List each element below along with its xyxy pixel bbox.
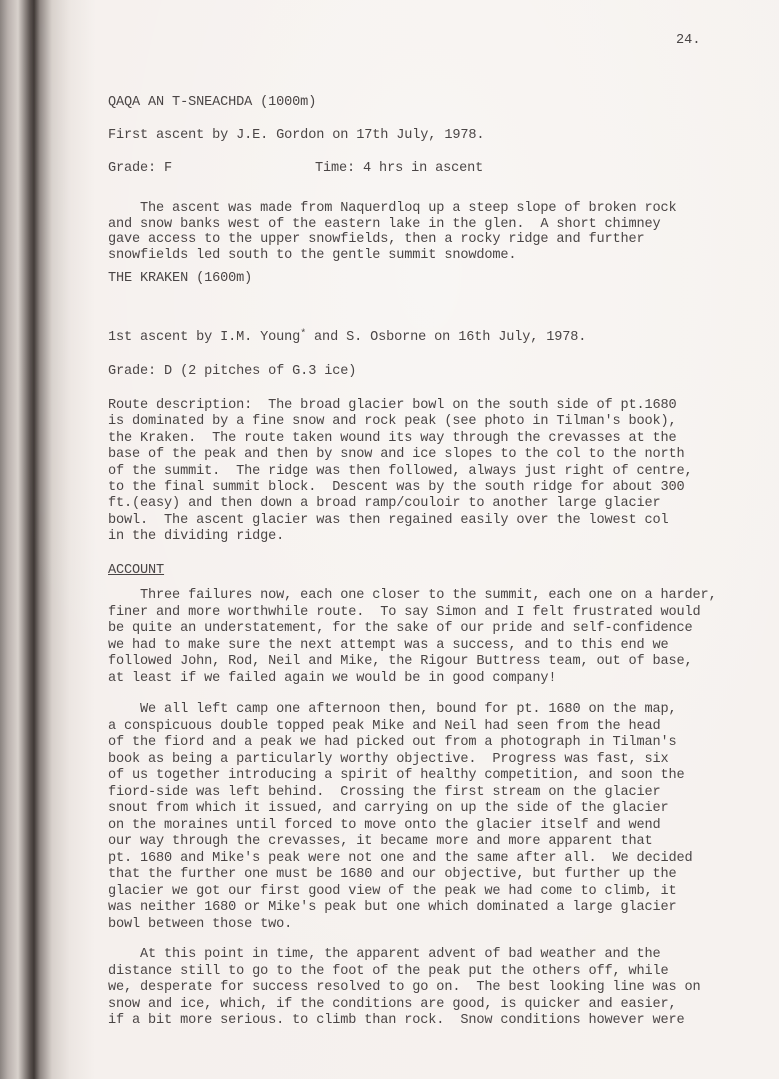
text-line: of us together introducing a spirit of h… [108,768,685,784]
text-line: glacier we got our first good view of th… [108,884,677,900]
text-line: base of the peak and then by snow and ic… [108,447,685,463]
text-line: and snow banks west of the eastern lake … [108,217,661,233]
text-line: we had to make sure the next attempt was… [108,638,669,654]
footnote-asterisk: * [300,329,306,340]
text-line: fiord-side was left behind. Crossing the… [108,785,661,801]
text-line: to the final summit block. Descent was b… [108,480,685,496]
typewritten-text: QAQA AN T-SNEACHDA (1000m) First ascent … [108,0,728,310]
text-line: gave access to the upper snowfields, the… [108,232,645,248]
text-line: followed John, Rod, Neil and Mike, the R… [108,654,693,670]
text-line: Route description: The broad glacier bow… [108,398,677,414]
text-line: a conspicuous double topped peak Mike an… [108,719,661,735]
account-heading: ACCOUNT [108,563,164,579]
text-line: that the further one must be 1680 and ou… [108,867,677,883]
text-line: is dominated by a fine snow and rock pea… [108,414,677,430]
text-line: bowl. The ascent glacier was then regain… [108,513,669,529]
qaqa-time: Time: 4 hrs in ascent [315,161,483,177]
text-line: bowl between those two. [108,917,292,933]
kraken-ascent: 1st ascent by I.M. Young* and S. Osborne… [108,330,586,347]
text-line: was neither 1680 or Mike's peak but one … [108,900,677,916]
text-line: ft.(easy) and then down a broad ramp/cou… [108,496,661,512]
text-line: of the summit. The ridge was then follow… [108,464,693,480]
text-line: distance still to go to the foot of the … [108,964,669,980]
text-line: we, desperate for success resolved to go… [108,980,701,996]
kraken-ascent-text: 1st ascent by I.M. Young [108,330,300,345]
qaqa-ascent: First ascent by J.E. Gordon on 17th July… [108,128,484,144]
qaqa-heading: QAQA AN T-SNEACHDA (1000m) [108,95,316,111]
text-line: We all left camp one afternoon then, bou… [108,702,677,718]
qaqa-grade: Grade: F [108,161,172,177]
kraken-ascent-text-rest: and S. Osborne on 16th July, 1978. [306,330,586,345]
text-line: snow and ice, which, if the conditions a… [108,997,677,1013]
text-line: book as being a particularly worthy obje… [108,752,669,768]
text-line: At this point in time, the apparent adve… [108,947,661,963]
text-line: the Kraken. The route taken wound its wa… [108,431,677,447]
kraken-grade: Grade: D (2 pitches of G.3 ice) [108,364,356,380]
text-line: if a bit more serious. to climb than roc… [108,1013,685,1029]
text-line: our way through the crevasses, it became… [108,834,653,850]
text-line: in the dividing ridge. [108,529,284,545]
text-line: at least if we failed again we would be … [108,671,556,687]
kraken-heading: THE KRAKEN (1600m) [108,271,252,287]
text-line: The ascent was made from Naquerdloq up a… [108,201,677,217]
text-line: pt. 1680 and Mike's peak were not one an… [108,851,693,867]
text-line: be quite an understatement, for the sake… [108,621,693,637]
text-line: on the moraines until forced to move ont… [108,818,661,834]
text-line: Three failures now, each one closer to t… [108,588,717,604]
text-line: finer and more worthwhile route. To say … [108,605,701,621]
text-line: snowfields led south to the gentle summi… [108,248,516,264]
text-line: snout from which it issued, and carrying… [108,801,669,817]
text-line: of the fiord and a peak we had picked ou… [108,735,677,751]
